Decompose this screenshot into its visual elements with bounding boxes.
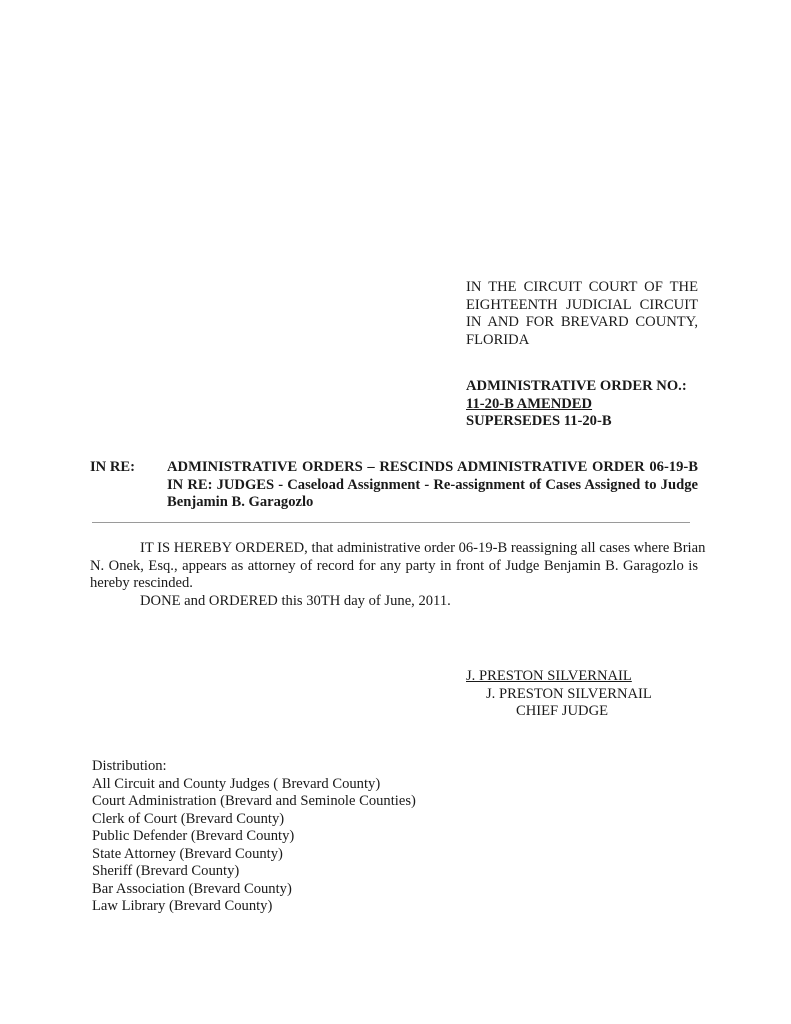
distribution-heading: Distribution: [92,758,416,776]
in-re-line: ADMINISTRATIVE ORDERS – RESCINDS ADMINIS… [167,459,698,477]
caption-line: EIGHTEENTH JUDICIAL CIRCUIT [466,297,698,315]
distribution-recipient: Public Defender (Brevard County) [92,828,416,846]
distribution-recipient: All Circuit and County Judges ( Brevard … [92,776,416,794]
distribution-recipient: Clerk of Court (Brevard County) [92,811,416,829]
in-re-line: Benjamin B. Garagozlo [167,494,698,512]
body-line: hereby rescinded. [90,575,698,593]
caption-line: FLORIDA [466,332,698,350]
in-re-subject: ADMINISTRATIVE ORDERS – RESCINDS ADMINIS… [167,459,698,512]
body-line: IT IS HEREBY ORDERED, that administrativ… [90,540,698,558]
judge-title: CHIEF JUDGE [466,703,652,721]
printed-name: J. PRESTON SILVERNAIL [466,686,652,704]
body-line: N. Onek, Esq., appears as attorney of re… [90,558,698,576]
caption-line: IN THE CIRCUIT COURT OF THE [466,279,698,297]
order-number-label: ADMINISTRATIVE ORDER NO.: [466,378,687,396]
supersedes-note: SUPERSEDES 11-20-B [466,413,687,431]
distribution-recipient: Sheriff (Brevard County) [92,863,416,881]
separator-line [92,522,690,523]
distribution-recipient: Law Library (Brevard County) [92,898,416,916]
in-re-line: IN RE: JUDGES - Caseload Assignment - Re… [167,477,698,495]
distribution-recipient: State Attorney (Brevard County) [92,846,416,864]
order-number-value: 11-20-B AMENDED [466,396,687,414]
order-body: IT IS HEREBY ORDERED, that administrativ… [90,540,698,610]
distribution-recipient: Court Administration (Brevard and Semino… [92,793,416,811]
signature-block: J. PRESTON SILVERNAIL J. PRESTON SILVERN… [466,668,652,721]
order-number-block: ADMINISTRATIVE ORDER NO.: 11-20-B AMENDE… [466,378,687,431]
signature-line: J. PRESTON SILVERNAIL [466,668,652,686]
in-re-label: IN RE: [90,459,135,477]
caption-line: IN AND FOR BREVARD COUNTY, [466,314,698,332]
distribution-recipient: Bar Association (Brevard County) [92,881,416,899]
done-and-ordered-line: DONE and ORDERED this 30TH day of June, … [90,593,698,611]
distribution-list: Distribution: All Circuit and County Jud… [92,758,416,916]
court-caption: IN THE CIRCUIT COURT OF THE EIGHTEENTH J… [466,279,698,349]
